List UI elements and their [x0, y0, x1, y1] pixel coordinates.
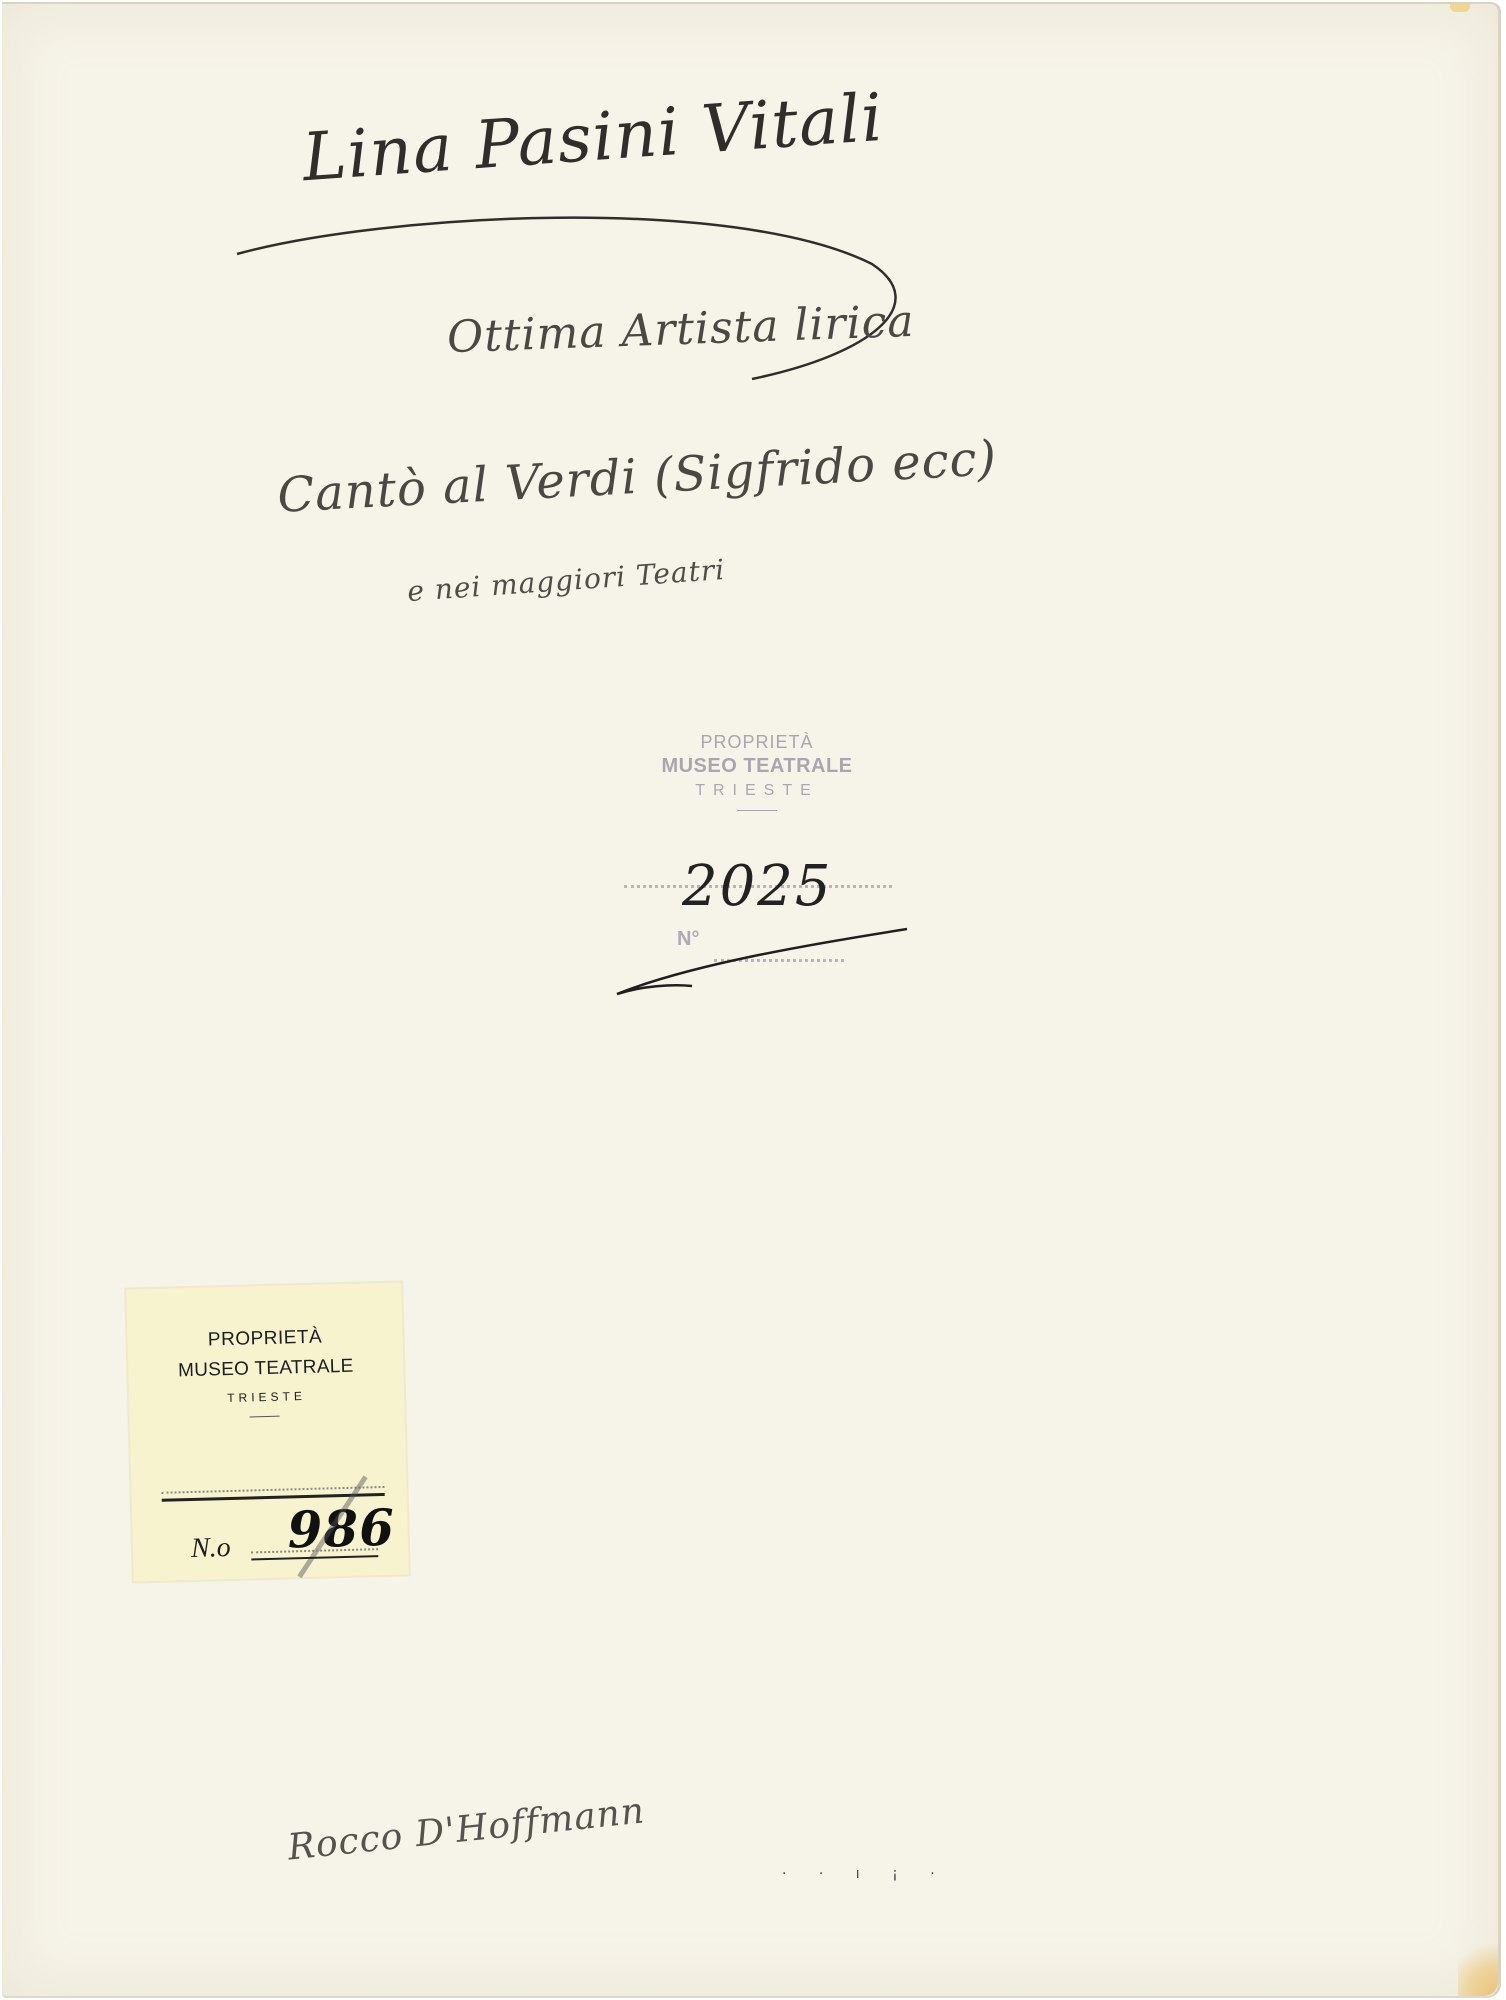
label-number-prefix: N.o — [191, 1532, 232, 1565]
museum-inventory-label: PROPRIETÀ MUSEO TEATRALE TRIESTE N.o 986 — [126, 1282, 409, 1581]
label-rule-solid-bottom — [251, 1555, 378, 1560]
museum-rubber-stamp: PROPRIETÀ MUSEO TEATRALE TRIESTE — [632, 732, 882, 811]
handwritten-name-signature: Lina Pasini Vitali — [300, 79, 886, 196]
label-line-proprieta: PROPRIETÀ — [127, 1324, 402, 1353]
label-dash — [250, 1416, 280, 1418]
stamp-dash — [737, 810, 777, 811]
label-line-museo: MUSEO TEATRALE — [128, 1354, 403, 1383]
handwritten-line-teatri: e nei maggiori Teatri — [406, 553, 726, 608]
handwritten-line-canto: Cantò al Verdi (Sigfrido ecc) — [276, 430, 998, 524]
label-line-trieste: TRIESTE — [129, 1386, 404, 1407]
top-corner-stain — [1450, 4, 1470, 12]
handwritten-inventory-number: 2025 — [682, 854, 833, 919]
photo-card-verso: Lina Pasini Vitali Ottima Artista lirica… — [2, 2, 1501, 1998]
stamp-line-trieste: TRIESTE — [632, 782, 882, 800]
stamp-line-proprieta: PROPRIETÀ — [632, 732, 882, 753]
corner-stain — [1458, 1936, 1498, 1996]
handwritten-bottom-signature: Rocco D'Hoffmann — [286, 1790, 647, 1868]
pen-stroke-arrow-icon — [612, 924, 912, 1004]
stamp-line-museo: MUSEO TEATRALE — [632, 755, 882, 778]
ink-specks: · · ı ¡ · — [782, 1866, 949, 1882]
